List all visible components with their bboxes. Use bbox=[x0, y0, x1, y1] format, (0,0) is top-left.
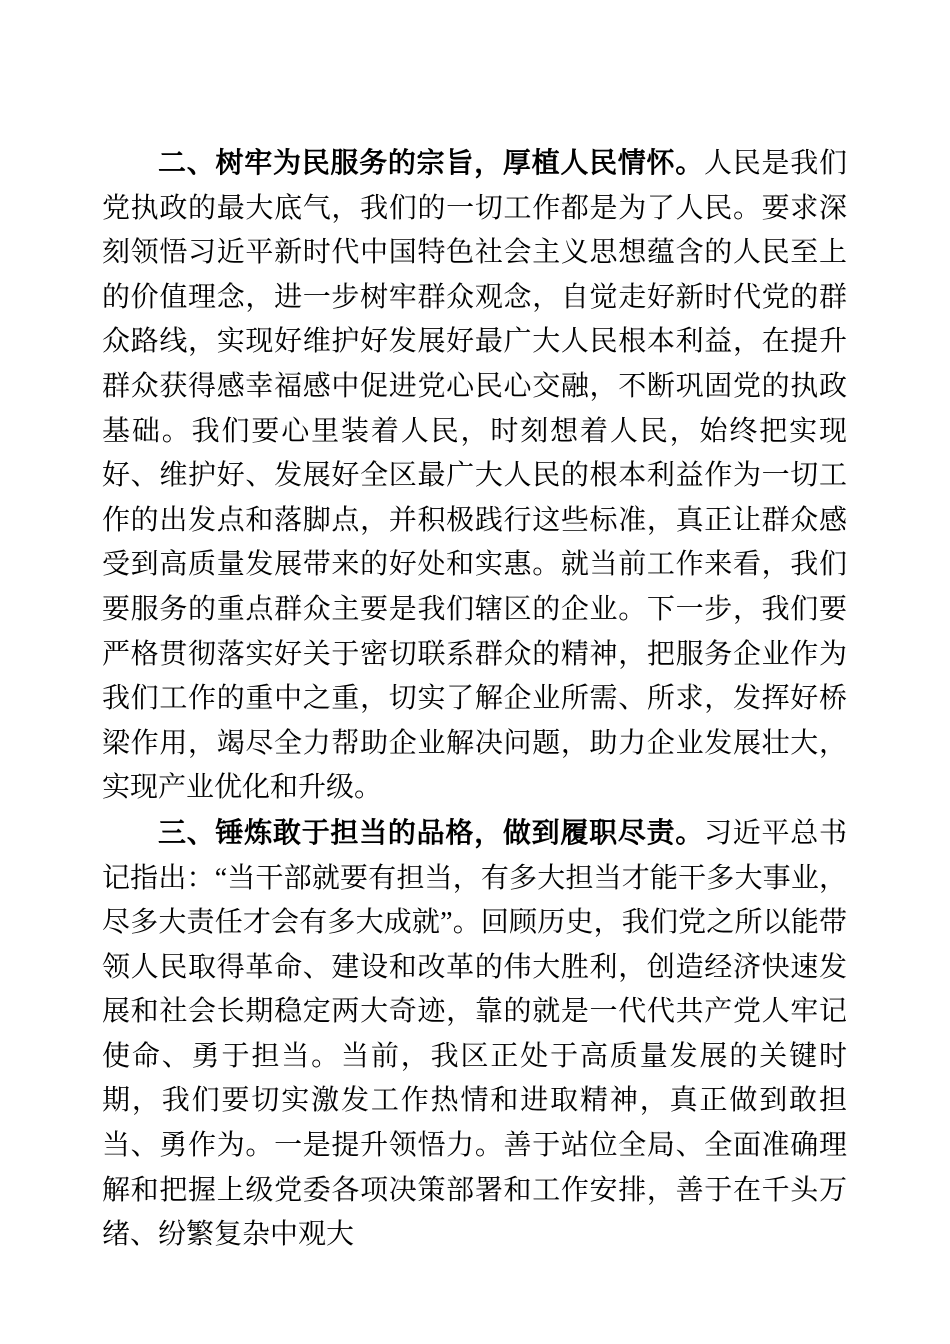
paragraph-section-2: 二、树牢为民服务的宗旨，厚植人民情怀。人民是我们党执政的最大底气，我们的一切工作… bbox=[102, 141, 847, 811]
section-2-heading: 二、树牢为民服务的宗旨，厚植人民情怀。 bbox=[158, 147, 704, 178]
section-3-body: 习近平总书记指出：“当干部就要有担当，有多大担当才能干多大事业，尽多大责任才会有… bbox=[102, 818, 847, 1250]
section-3-heading: 三、锤炼敢于担当的品格，做到履职尽责。 bbox=[158, 817, 704, 848]
paragraph-section-3: 三、锤炼敢于担当的品格，做到履职尽责。习近平总书记指出：“当干部就要有担当，有多… bbox=[102, 811, 847, 1258]
section-2-body: 人民是我们党执政的最大底气，我们的一切工作都是为了人民。要求深刻领悟习近平新时代… bbox=[102, 148, 847, 803]
document-text-block: 二、树牢为民服务的宗旨，厚植人民情怀。人民是我们党执政的最大底气，我们的一切工作… bbox=[102, 141, 847, 1258]
document-page: 二、树牢为民服务的宗旨，厚植人民情怀。人民是我们党执政的最大底气，我们的一切工作… bbox=[0, 0, 950, 1344]
